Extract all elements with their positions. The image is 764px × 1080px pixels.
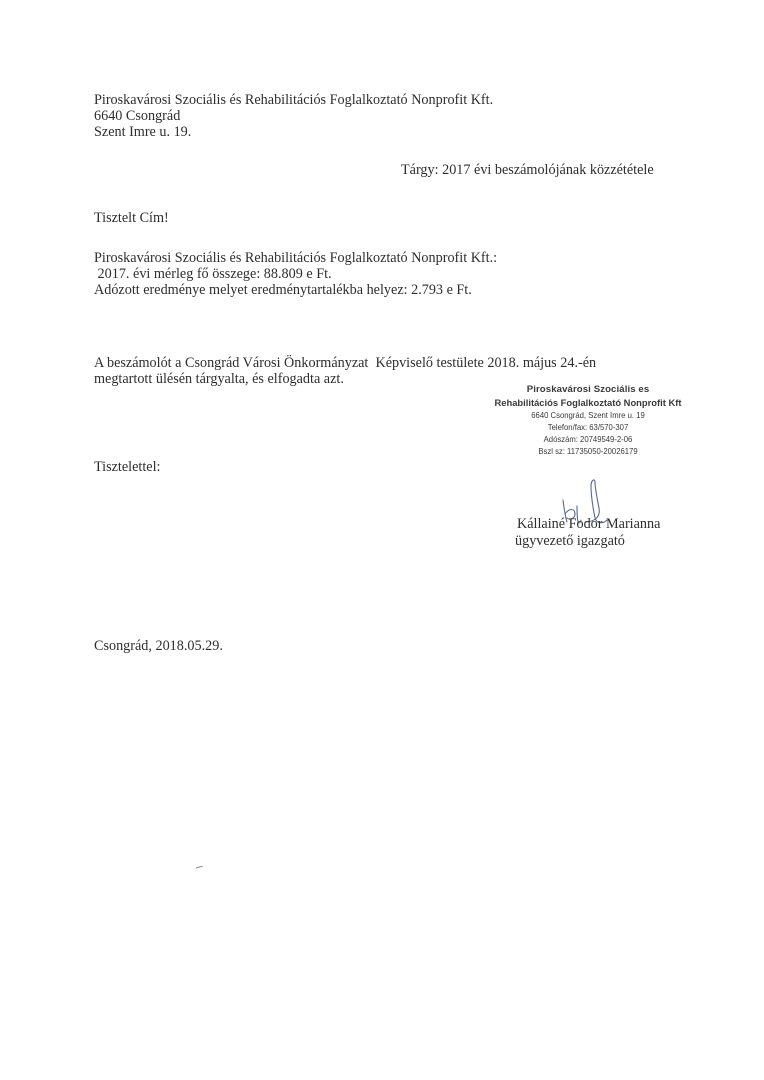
body-approval-line-1: A beszámolót a Csongrád Városi Önkormány…: [94, 355, 596, 371]
sender-street: Szent Imre u. 19.: [94, 124, 191, 140]
sender-name: Piroskavárosi Szociális és Rehabilitáció…: [94, 92, 493, 108]
body-result-line: Adózott eredménye melyet eredménytartalé…: [94, 282, 472, 298]
salutation: Tisztelt Cím!: [94, 210, 169, 226]
signatory-title: ügyvezető igazgató: [515, 533, 625, 549]
body-approval-line-2: megtartott ülésén tárgyalta, és elfogadt…: [94, 371, 344, 387]
stamp-line-5: Adószám: 20749549-2-06: [479, 433, 696, 445]
subject-line: Tárgy: 2017 évi beszámolójának közzététe…: [401, 162, 654, 178]
stamp-line-2: Rehabilitációs Foglalkoztató Nonprofit K…: [470, 396, 706, 409]
body-balance-line: 2017. évi mérleg fő összege: 88.809 e Ft…: [94, 266, 332, 282]
stamp-line-4: Telefon/fax: 63/570-307: [479, 421, 696, 433]
place-and-date: Csongrád, 2018.05.29.: [94, 638, 223, 654]
body-company-line: Piroskavárosi Szociális és Rehabilitáció…: [94, 250, 497, 266]
stamp-line-1: Piroskavárosi Szociális es: [470, 383, 706, 396]
stamp-line-6: Bszl sz: 11735050-20026179: [479, 445, 696, 457]
stamp-line-3: 6640 Csongrád, Szent Imre u. 19: [479, 409, 696, 421]
sender-city: 6640 Csongrád: [94, 108, 180, 124]
company-stamp: Piroskavárosi Szociális es Rehabilitáció…: [470, 383, 706, 457]
signatory-name: Kállainé Fodor Marianna: [517, 516, 660, 532]
closing: Tisztelettel:: [94, 459, 160, 475]
scan-speck-icon: [196, 866, 204, 869]
